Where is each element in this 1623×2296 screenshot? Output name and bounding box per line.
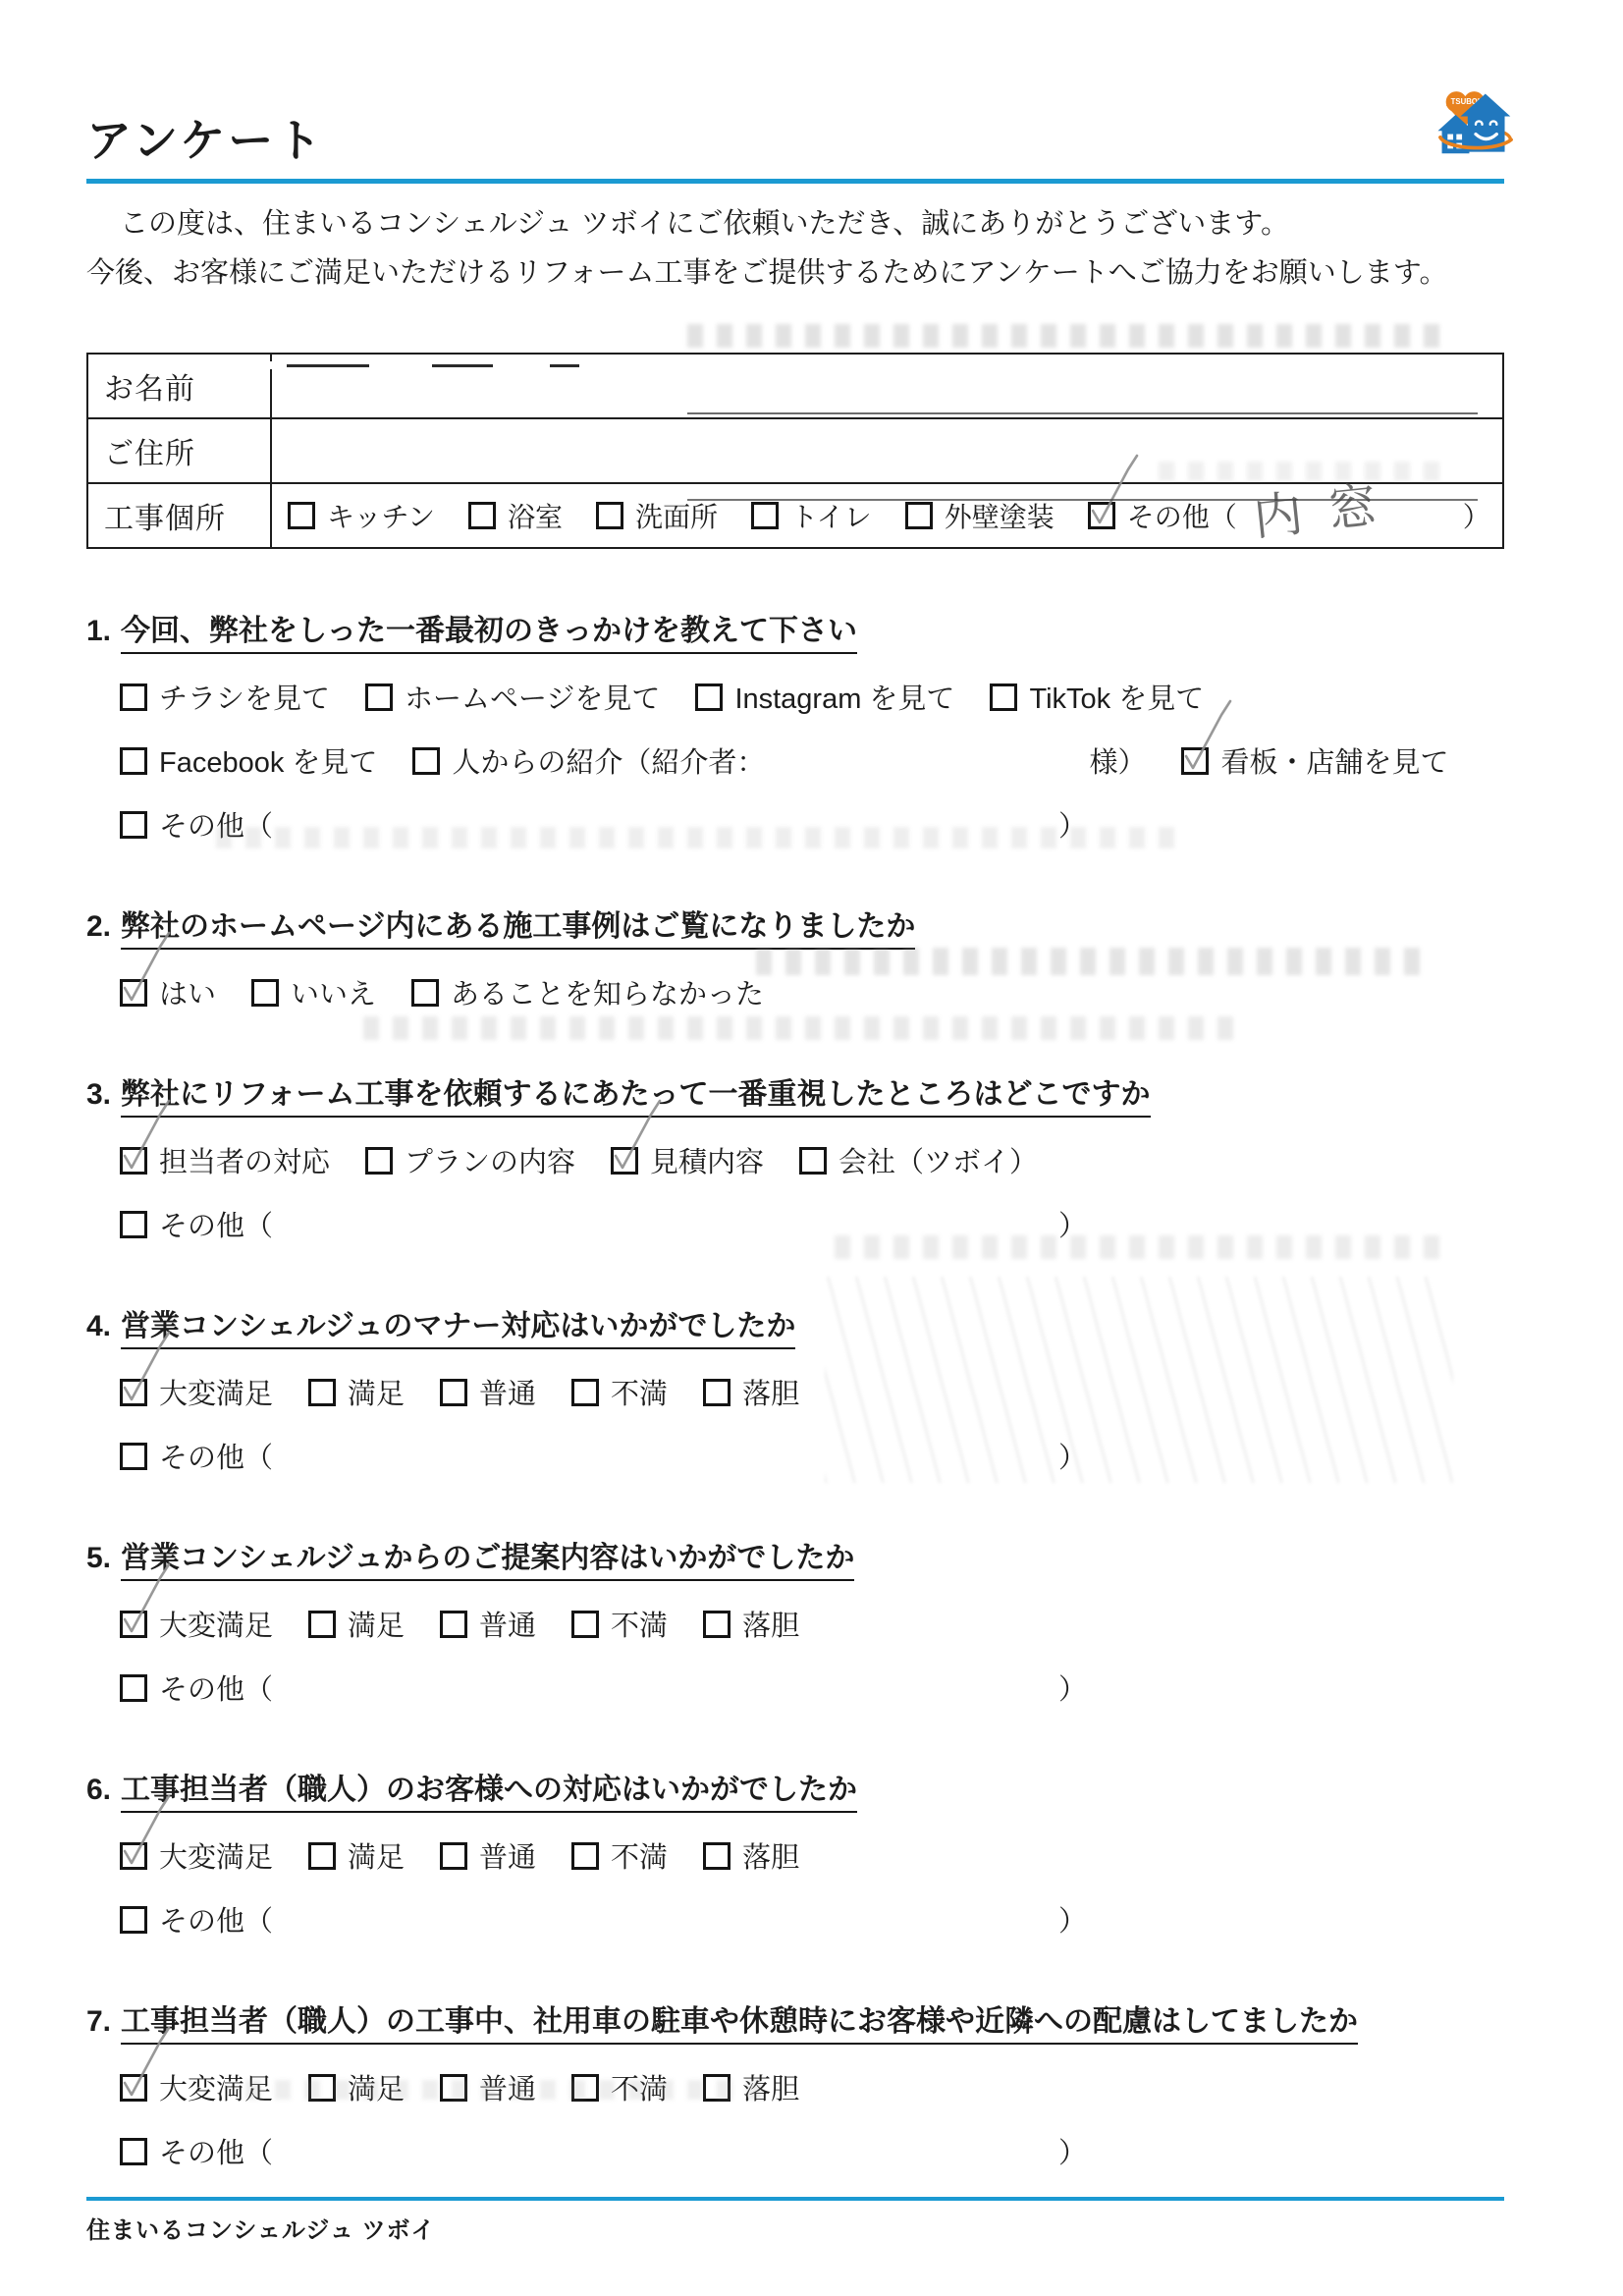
checkbox-option: 看板・店舗を見て [1181, 740, 1448, 781]
answer-blank [273, 1683, 1058, 1693]
checkbox [120, 1674, 147, 1702]
paren-close: ） [1058, 2131, 1087, 2171]
checkbox-label: その他（ [159, 804, 273, 845]
question-block: 5.営業コンシェルジュからのご提案内容はいかがでしたか大変満足満足普通不満落胆そ… [86, 1537, 1504, 1708]
checkbox-label: 満足 [348, 1835, 405, 1876]
checkbox-label: その他（ [159, 2131, 273, 2171]
checkbox [365, 683, 393, 711]
checkbox-label: 洗面所 [635, 496, 718, 535]
checkbox-option: 外壁塗装 [905, 496, 1055, 535]
checkbox-label: その他（ [159, 1899, 273, 1940]
checkbox-label: 大変満足 [159, 1604, 273, 1644]
option-row: 大変満足満足普通不満落胆 [86, 2067, 1504, 2107]
paren-close: ） [1058, 1899, 1087, 1940]
checkbox-label: TikTok を見て [1029, 677, 1204, 717]
checkbox-label: 普通 [479, 2067, 536, 2107]
checkbox [468, 502, 496, 529]
checkbox [440, 1842, 467, 1870]
checkbox-label: その他（ [159, 1436, 273, 1476]
checkbox-option: キッチン [288, 496, 435, 535]
checkbox-label: 普通 [479, 1604, 536, 1644]
checkbox-option: その他（） [120, 1667, 1087, 1708]
question-text: 弊社のホームページ内にある施工事例はご覧になりましたか [121, 910, 915, 950]
checkbox [120, 1443, 147, 1470]
checkbox-option: 人からの紹介（紹介者：様） [412, 740, 1146, 781]
checkbox-label: 落胆 [742, 1372, 799, 1412]
checkbox-label: 浴室 [508, 496, 563, 535]
question-number: 1. [86, 615, 111, 647]
paren-close: ） [1058, 804, 1087, 845]
checkbox [695, 683, 723, 711]
checkbox [440, 1611, 467, 1638]
checkbox-option: 大変満足 [120, 2067, 273, 2107]
option-row: その他（） [86, 1667, 1504, 1708]
option-row: 大変満足満足普通不満落胆 [86, 1372, 1504, 1412]
checkbox-label: その他（ [159, 1204, 273, 1244]
checkbox-option: Instagram を見て [695, 677, 954, 717]
checkbox-option: 満足 [308, 1604, 405, 1644]
table-row: お名前 [87, 354, 1503, 418]
checkbox-option: ホームページを見て [365, 677, 660, 717]
paren-close: ） [1058, 1204, 1087, 1244]
checkbox-label: 満足 [348, 2067, 405, 2107]
checkbox-label: 大変満足 [159, 1835, 273, 1876]
checkbox-option: 見積内容 [611, 1140, 764, 1180]
checkbox-label: あることを知らなかった [451, 972, 764, 1012]
checkbox-label: 普通 [479, 1835, 536, 1876]
paren-close: ） [1058, 1436, 1087, 1476]
checkbox [1181, 747, 1209, 775]
checkbox-label: 満足 [348, 1372, 405, 1412]
intro-paragraph: この度は、住まいるコンシェルジュ ツボイにご依頼いただき、誠にありがとうございま… [86, 199, 1504, 298]
checkbox-option: プランの内容 [365, 1140, 575, 1180]
checkbox-label: はい [159, 972, 216, 1012]
question-text: 今回、弊社をしった一番最初のきっかけを教えて下さい [121, 615, 857, 654]
checkbox-label: 落胆 [742, 1835, 799, 1876]
checkbox [411, 979, 439, 1007]
checkbox [308, 1379, 336, 1406]
checkbox [440, 1379, 467, 1406]
checkbox [703, 1379, 730, 1406]
question-title: 7.工事担当者（職人）の工事中、社用車の駐車や休憩時にお客様や近隣への配慮はして… [86, 2000, 1504, 2044]
question-title: 3.弊社にリフォーム工事を依頼するにあたって一番重視したところはどこですか [86, 1073, 1504, 1117]
checkbox-option: 洗面所 [596, 496, 718, 535]
checkbox-label: いいえ [291, 972, 376, 1012]
answer-blank [273, 1451, 1058, 1461]
title-underline [86, 179, 1504, 184]
paren-close: ） [1058, 1667, 1087, 1708]
checkbox [120, 1211, 147, 1238]
question-title: 6.工事担当者（職人）のお客様への対応はいかがでしたか [86, 1769, 1504, 1812]
checkbox [571, 1611, 599, 1638]
checkbox-label: プランの内容 [405, 1140, 575, 1180]
intro-line-1: この度は、住まいるコンシェルジュ ツボイにご依頼いただき、誠にありがとうございま… [86, 199, 1504, 248]
option-row: Facebook を見て人からの紹介（紹介者：様）看板・店舗を見て [86, 740, 1504, 781]
checkbox [799, 1147, 827, 1175]
footer-company-name: 住まいるコンシェルジュ ツボイ [86, 2211, 1504, 2245]
option-row: チラシを見てホームページを見てInstagram を見てTikTok を見て [86, 677, 1504, 717]
checkbox-label: 不満 [611, 1835, 668, 1876]
question-title: 2.弊社のホームページ内にある施工事例はご覧になりましたか [86, 905, 1504, 949]
checkbox [365, 1147, 393, 1175]
checkbox-option: 会社（ツボイ） [799, 1140, 1038, 1180]
checkbox-option: その他（） [120, 1436, 1087, 1476]
checkbox [703, 1842, 730, 1870]
checkbox [571, 1842, 599, 1870]
checkbox-option: 不満 [571, 1372, 668, 1412]
footer-rule [86, 2197, 1504, 2201]
checkbox [120, 1147, 147, 1175]
question-block: 6.工事担当者（職人）のお客様への対応はいかがでしたか大変満足満足普通不満落胆そ… [86, 1769, 1504, 1940]
handwritten-text: 内窓 [1249, 464, 1405, 549]
option-row: その他（） [86, 804, 1504, 845]
checkbox-option: いいえ [251, 972, 376, 1012]
checkbox-option: Facebook を見て [120, 740, 377, 781]
checkbox-option: その他（） [120, 804, 1087, 845]
checkbox-label: 普通 [479, 1372, 536, 1412]
question-number: 7. [86, 2005, 111, 2038]
answer-blank [273, 820, 1058, 830]
question-text: 営業コンシェルジュからのご提案内容はいかがでしたか [121, 1542, 854, 1581]
checkbox-label: 大変満足 [159, 1372, 273, 1412]
checkbox-option: その他（） [120, 1204, 1087, 1244]
checkbox-label: 会社（ツボイ） [839, 1140, 1038, 1180]
checkbox [751, 502, 779, 529]
paren-close: ） [1463, 496, 1490, 535]
option-row: 担当者の対応プランの内容見積内容会社（ツボイ） [86, 1140, 1504, 1180]
checkbox-option: 落胆 [703, 1604, 799, 1644]
option-row: その他（） [86, 1899, 1504, 1940]
option-row: 大変満足満足普通不満落胆 [86, 1835, 1504, 1876]
answer-blank [765, 756, 1089, 766]
question-block: 7.工事担当者（職人）の工事中、社用車の駐車や休憩時にお客様や近隣への配慮はして… [86, 2000, 1504, 2171]
checkbox-label: Instagram を見て [734, 677, 954, 717]
question-title: 5.営業コンシェルジュからのご提案内容はいかがでしたか [86, 1537, 1504, 1580]
checkbox-label: 落胆 [742, 1604, 799, 1644]
checkbox [288, 502, 315, 529]
checkbox-option: 大変満足 [120, 1372, 273, 1412]
checkbox-option: 落胆 [703, 2067, 799, 2107]
question-number: 2. [86, 910, 111, 943]
checkbox-label: 落胆 [742, 2067, 799, 2107]
checkbox-option: その他（） [120, 1899, 1087, 1940]
question-number: 4. [86, 1310, 111, 1342]
answer-blank [273, 1915, 1058, 1925]
checkbox-label: 見積内容 [650, 1140, 764, 1180]
checkbox [120, 747, 147, 775]
checkbox-option: 落胆 [703, 1372, 799, 1412]
checkbox [412, 747, 440, 775]
checkbox [596, 502, 623, 529]
checkbox [251, 979, 279, 1007]
page-title: アンケート [86, 116, 1504, 165]
paren-close: 様） [1089, 740, 1146, 781]
checkbox [120, 811, 147, 839]
question-block: 2.弊社のホームページ内にある施工事例はご覧になりましたかはいいいえあることを知… [86, 905, 1504, 1012]
checkbox-option: その他（） [120, 2131, 1087, 2171]
address-label: ご住所 [87, 418, 271, 483]
checkbox-label: その他（ [1127, 496, 1237, 535]
answer-blank: 内窓 [1237, 511, 1463, 520]
checkbox [611, 1147, 638, 1175]
question-number: 5. [86, 1542, 111, 1574]
checkbox-label: 人からの紹介（紹介者： [452, 740, 765, 781]
checkbox-label: キッチン [327, 496, 435, 535]
checkbox [120, 1379, 147, 1406]
checkbox [120, 979, 147, 1007]
option-row: 大変満足満足普通不満落胆 [86, 1604, 1504, 1644]
checkbox-option: 普通 [440, 1604, 536, 1644]
checkbox [120, 683, 147, 711]
question-text: 営業コンシェルジュのマナー対応はいかがでしたか [121, 1310, 795, 1349]
checkbox-label: 大変満足 [159, 2067, 273, 2107]
checkbox-label: ホームページを見て [405, 677, 660, 717]
checkbox-label: その他（ [159, 1667, 273, 1708]
checkbox-option: チラシを見て [120, 677, 330, 717]
checkbox [120, 2138, 147, 2165]
option-row: その他（） [86, 1436, 1504, 1476]
checkbox-option: 不満 [571, 1835, 668, 1876]
question-number: 6. [86, 1774, 111, 1806]
question-title: 1.今回、弊社をしった一番最初のきっかけを教えて下さい [86, 610, 1504, 653]
checkbox-label: 不満 [611, 1604, 668, 1644]
option-row: はいいいえあることを知らなかった [86, 972, 1504, 1012]
table-row: ご住所 [87, 418, 1503, 483]
checkbox [1088, 502, 1115, 529]
checkbox [120, 2074, 147, 2102]
customer-info-table: お名前 ご住所 工事個所 キッチン浴室洗面所トイレ外壁塗装その他（内窓） [86, 353, 1504, 549]
checkbox [571, 2074, 599, 2102]
checkbox [120, 1842, 147, 1870]
question-title: 4.営業コンシェルジュのマナー対応はいかがでしたか [86, 1305, 1504, 1348]
name-label: お名前 [87, 354, 271, 418]
name-field [271, 354, 1503, 418]
checkbox-label: 不満 [611, 2067, 668, 2107]
checkbox-option: 落胆 [703, 1835, 799, 1876]
checkbox [703, 2074, 730, 2102]
checkbox-label: Facebook を見て [159, 740, 377, 781]
work-location-label: 工事個所 [87, 483, 271, 548]
checkbox [905, 502, 933, 529]
checkbox-option: 普通 [440, 1372, 536, 1412]
checkbox-option: 満足 [308, 1835, 405, 1876]
checkbox-option: その他（内窓） [1088, 496, 1490, 535]
answer-blank [273, 1220, 1058, 1230]
option-row: その他（） [86, 1204, 1504, 1244]
checkbox-option: 大変満足 [120, 1604, 273, 1644]
question-text: 工事担当者（職人）のお客様への対応はいかがでしたか [121, 1774, 857, 1813]
checkbox-option: はい [120, 972, 216, 1012]
question-list: 1.今回、弊社をしった一番最初のきっかけを教えて下さいチラシを見てホームページを… [86, 610, 1504, 2171]
checkbox [308, 1611, 336, 1638]
checkbox-option: 浴室 [468, 496, 563, 535]
checkbox-option: トイレ [751, 496, 872, 535]
checkbox [703, 1611, 730, 1638]
question-block: 3.弊社にリフォーム工事を依頼するにあたって一番重視したところはどこですか担当者… [86, 1073, 1504, 1244]
checkbox-label: 看板・店舗を見て [1220, 740, 1448, 781]
question-text: 弊社にリフォーム工事を依頼するにあたって一番重視したところはどこですか [121, 1078, 1151, 1118]
checkbox [120, 1906, 147, 1934]
question-text: 工事担当者（職人）の工事中、社用車の駐車や休憩時にお客様や近隣への配慮はしてまし… [121, 2005, 1358, 2045]
option-row: その他（） [86, 2131, 1504, 2171]
checkbox-option: 不満 [571, 2067, 668, 2107]
checkbox-label: 外壁塗装 [945, 496, 1055, 535]
answer-blank [273, 2147, 1058, 2157]
checkbox-label: 満足 [348, 1604, 405, 1644]
checkbox-option: 担当者の対応 [120, 1140, 330, 1180]
checkbox-option: TikTok を見て [990, 677, 1204, 717]
checkbox [571, 1379, 599, 1406]
work-location-options: キッチン浴室洗面所トイレ外壁塗装その他（内窓） [282, 496, 1501, 535]
table-row: 工事個所 キッチン浴室洗面所トイレ外壁塗装その他（内窓） [87, 483, 1503, 548]
checkbox [308, 2074, 336, 2102]
question-number: 3. [86, 1078, 111, 1111]
checkbox [990, 683, 1017, 711]
checkbox-option: あることを知らなかった [411, 972, 764, 1012]
checkbox-label: トイレ [790, 496, 872, 535]
checkbox-option: 普通 [440, 1835, 536, 1876]
intro-line-2: 今後、お客様にご満足いただけるリフォーム工事をご提供するためにアンケートへご協力… [86, 248, 1504, 298]
checkbox-label: 担当者の対応 [159, 1140, 330, 1180]
checkbox-option: 満足 [308, 2067, 405, 2107]
checkbox-option: 満足 [308, 1372, 405, 1412]
question-block: 1.今回、弊社をしった一番最初のきっかけを教えて下さいチラシを見てホームページを… [86, 610, 1504, 845]
checkbox-option: 普通 [440, 2067, 536, 2107]
checkbox [120, 1611, 147, 1638]
checkbox-option: 不満 [571, 1604, 668, 1644]
checkbox-option: 大変満足 [120, 1835, 273, 1876]
question-block: 4.営業コンシェルジュのマナー対応はいかがでしたか大変満足満足普通不満落胆その他… [86, 1305, 1504, 1476]
checkbox-label: 不満 [611, 1372, 668, 1412]
checkbox [308, 1842, 336, 1870]
checkbox-label: チラシを見て [159, 677, 330, 717]
survey-sheet: TSUBOI アンケート この度は、住まいるコンシェルジュ ツボイにご依頼いただ… [0, 0, 1623, 2296]
checkbox [440, 2074, 467, 2102]
